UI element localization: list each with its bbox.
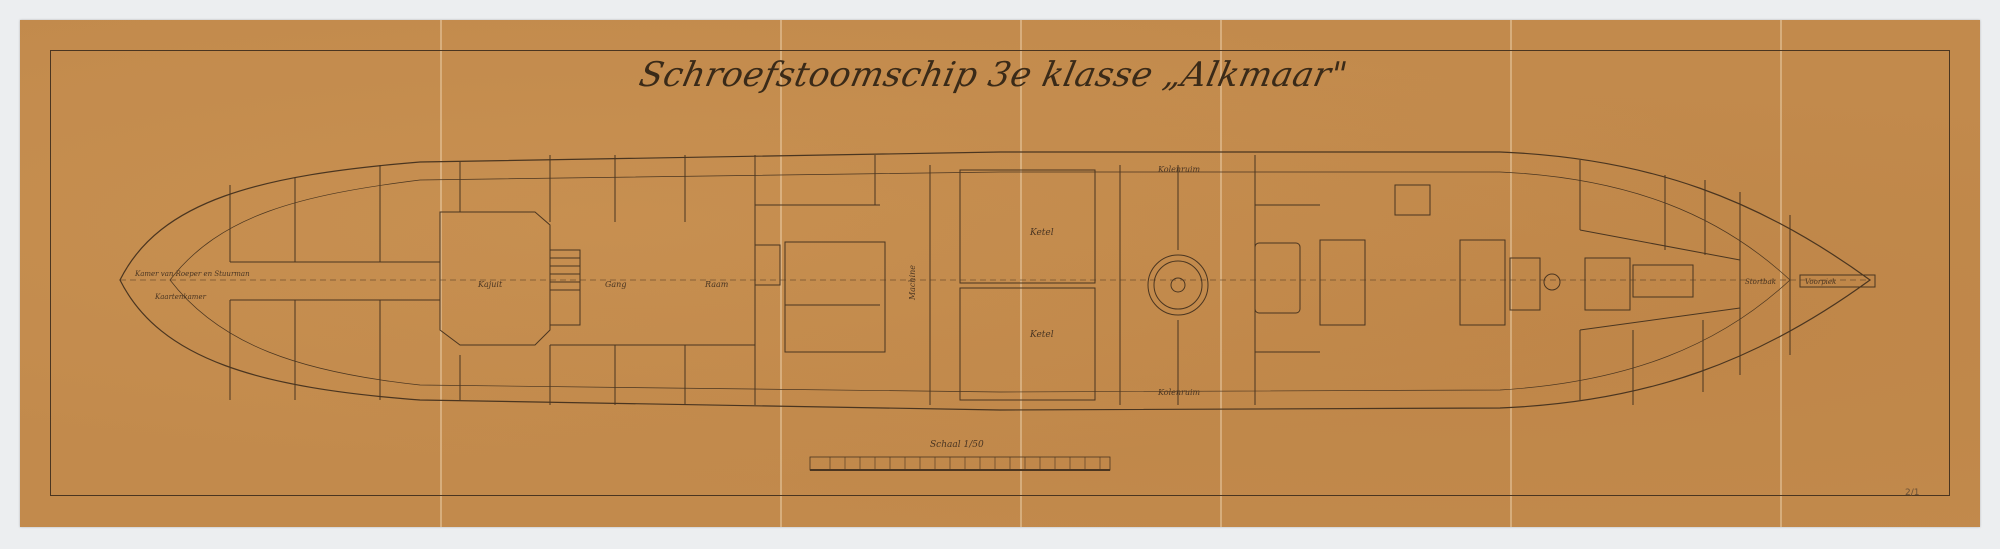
label-kajuit: Kajuit	[478, 280, 502, 289]
label-ketel-1: Ketel	[1030, 228, 1054, 238]
deck-plan	[0, 0, 2000, 549]
label-stern-sub: Kaartenkamer	[155, 293, 206, 301]
label-stern: Kamer van Roeper en Stuurman	[135, 270, 250, 278]
label-kolenruim-bottom: Kolenruim	[1158, 388, 1200, 397]
label-ketel-2: Ketel	[1030, 330, 1054, 340]
label-gang: Gang	[605, 280, 626, 289]
sheet-number: 2/1	[1905, 488, 1919, 498]
label-voorpiek: Voorpiek	[1805, 278, 1836, 286]
label-raam: Raam	[705, 280, 728, 289]
label-stortbak: Stortbak	[1745, 278, 1776, 286]
scale-label: Schaal 1/50	[930, 440, 984, 450]
label-kolenruim-top: Kolenruim	[1158, 165, 1200, 174]
label-machine: Machine	[908, 265, 917, 300]
